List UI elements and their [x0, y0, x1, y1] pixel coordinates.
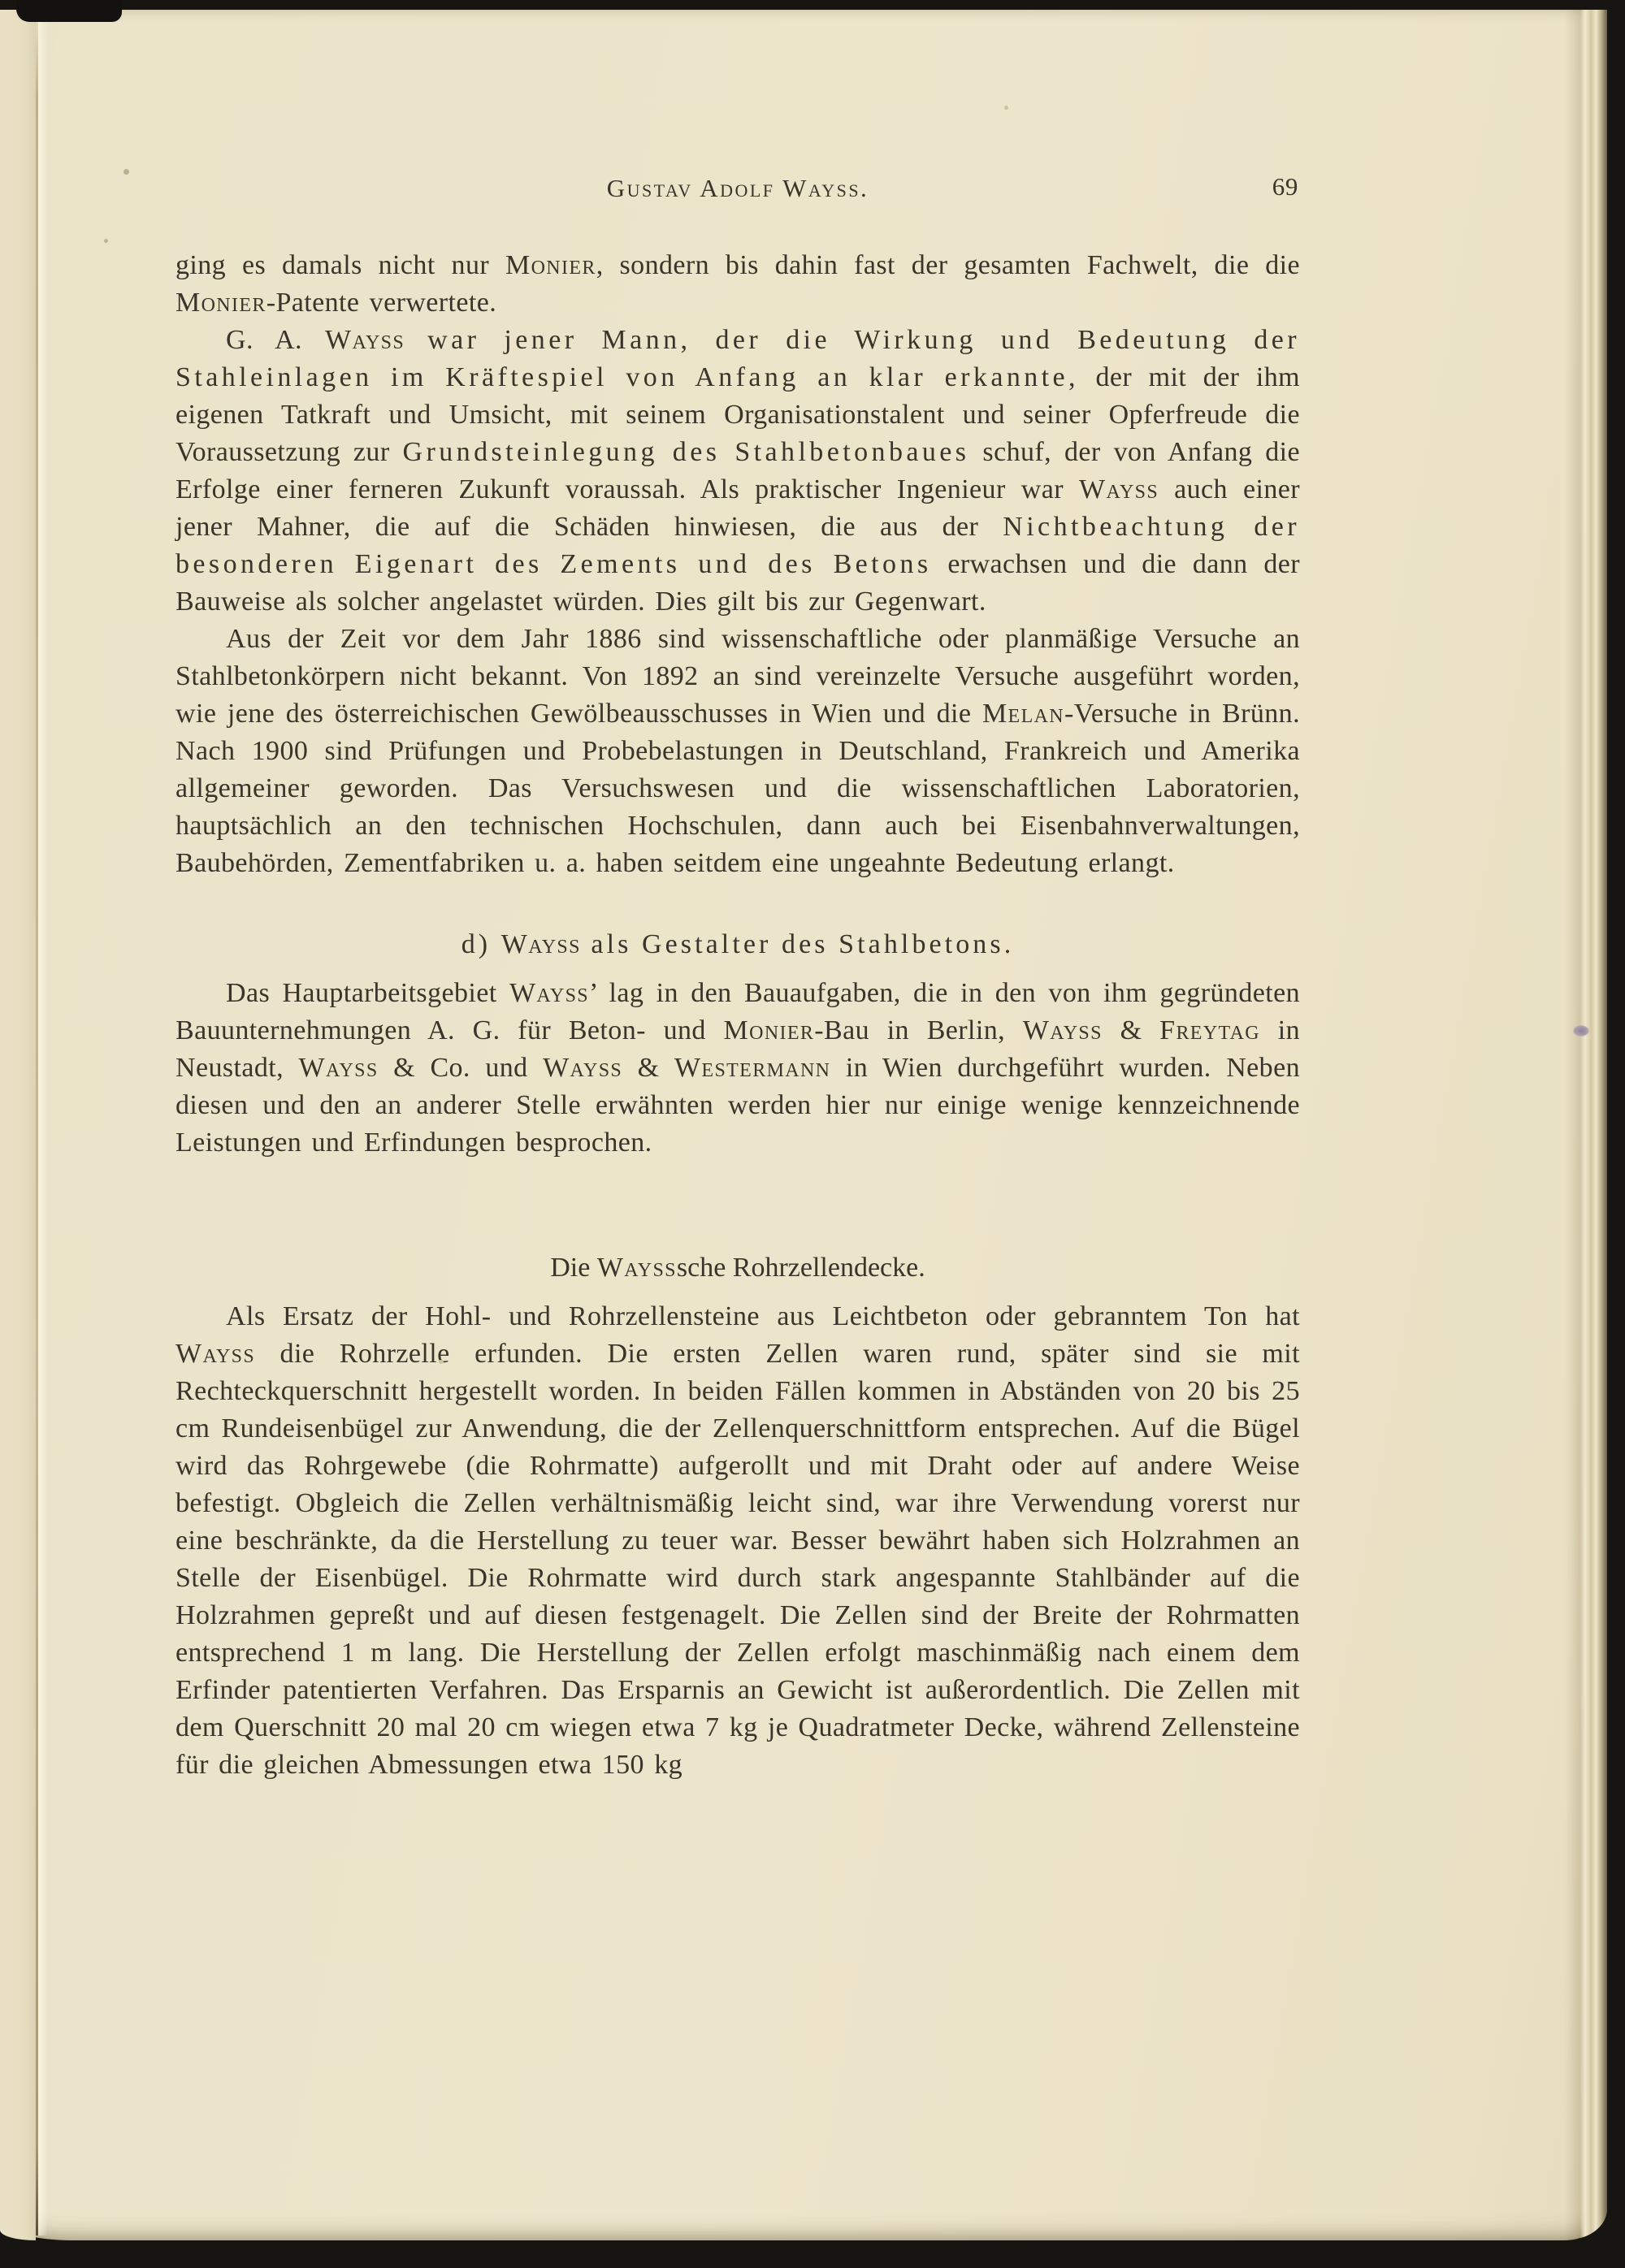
page-gutter-shadow [0, 10, 36, 2240]
section-heading: d) Wayss als Gestalter des Stahlbetons. [175, 926, 1300, 963]
paragraph: G. A. Wayss war jener Mann, der die Wirk… [175, 322, 1300, 621]
running-title: Gustav Adolf Wayss. [607, 174, 869, 203]
ink-smudge [1573, 1025, 1589, 1037]
page-edge-stack [1565, 10, 1607, 2240]
page-crease [36, 10, 38, 2236]
page-number: 69 [1272, 172, 1298, 201]
dust-speck [123, 169, 129, 175]
binding-shadow [16, 0, 122, 22]
dust-speck [104, 239, 108, 243]
dust-speck [439, 1360, 444, 1364]
paragraph: Das Hauptarbeitsgebiet Wayss’ lag in den… [175, 975, 1300, 1162]
section-heading: Die Waysssche Rohrzellendecke. [175, 1249, 1300, 1287]
paragraph: Als Ersatz der Hohl- und Rohrzellenstein… [175, 1298, 1300, 1784]
running-header: Gustav Adolf Wayss. 69 [175, 174, 1300, 208]
paragraph: Aus der Zeit vor dem Jahr 1886 sind wiss… [175, 621, 1300, 882]
dust-speck [1004, 106, 1008, 110]
book-page: Gustav Adolf Wayss. 69 ging es damals ni… [0, 10, 1607, 2240]
text-block: ging es damals nicht nur Monier, sondern… [175, 247, 1300, 1784]
paragraph: ging es damals nicht nur Monier, sondern… [175, 247, 1300, 322]
